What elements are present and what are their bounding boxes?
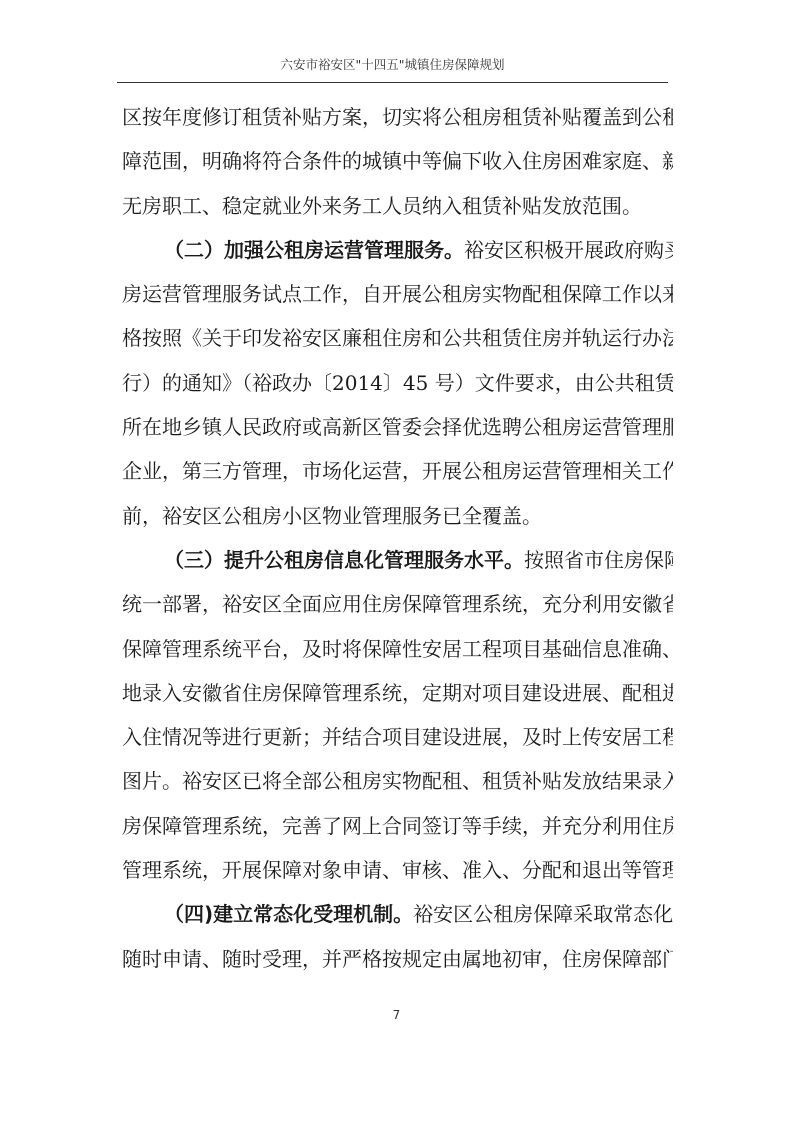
section-heading-2: （二）加强公租房运营管理服务。: [164, 238, 464, 262]
section-heading-4: （四)建立常态化受理机制。: [164, 902, 413, 926]
paragraph-2-line-6: 企业，第三方管理，市场化运营，开展公租房运营管理相关工作。目: [122, 449, 673, 493]
paragraph-3-line-5: 入住情况等进行更新；并结合项目建设进展，及时上传安居工程建设: [122, 715, 673, 759]
paragraph-2-line-5: 所在地乡镇人民政府或高新区管委会择优选聘公租房运营管理服务: [122, 405, 673, 449]
paragraph-4-line-2: 随时申请、随时受理，并严格按规定由属地初审，住房保障部门会同: [122, 937, 673, 981]
paragraph-1-line-1: 区按年度修订租赁补贴方案，切实将公租房租赁补贴覆盖到公租房保: [122, 95, 673, 139]
document-body: 区按年度修订租赁补贴方案，切实将公租房租赁补贴覆盖到公租房保 障范围，明确将符合…: [122, 95, 673, 981]
paragraph-2-line-4: 行）的通知》（裕政办〔2014〕45 号）文件要求，由公共租赁住房: [122, 361, 673, 405]
running-header: 六安市裕安区"十四五"城镇住房保障规划: [117, 56, 668, 74]
paragraph-3-line-8: 管理系统，开展保障对象申请、审核、准入、分配和退出等管理工作。: [122, 848, 673, 892]
paragraph-3-line-1: （三）提升公租房信息化管理服务水平。按照省市住房保障部门: [122, 538, 673, 582]
paragraph-2-line-2: 房运营管理服务试点工作，自开展公租房实物配租保障工作以来，严: [122, 272, 673, 316]
paragraph-2-line-1-text: 裕安区积极开展政府购买公租: [464, 238, 673, 262]
paragraph-2-line-1: （二）加强公租房运营管理服务。裕安区积极开展政府购买公租: [122, 228, 673, 272]
paragraph-2-line-3: 格按照《关于印发裕安区廉租住房和公共租赁住房并轨运行办法（试: [122, 316, 673, 360]
paragraph-1-line-2: 障范围，明确将符合条件的城镇中等偏下收入住房困难家庭、新就业: [122, 139, 673, 183]
paragraph-3-line-7: 房保障管理系统，完善了网上合同签订等手续，并充分利用住房保障: [122, 804, 673, 848]
page-number: 7: [0, 1008, 793, 1022]
paragraph-1-line-3: 无房职工、稳定就业外来务工人员纳入租赁补贴发放范围。: [122, 184, 673, 228]
paragraph-4-line-1-text: 裕安区公租房保障采取常态化受理，: [413, 902, 673, 926]
paragraph-3-line-6: 图片。裕安区已将全部公租房实物配租、租赁补贴发放结果录入了住: [122, 759, 673, 803]
paragraph-2-line-7: 前，裕安区公租房小区物业管理服务已全覆盖。: [122, 494, 673, 538]
header-rule: [117, 82, 668, 83]
section-heading-3: （三）提升公租房信息化管理服务水平。: [164, 548, 524, 572]
paragraph-3-line-3: 保障管理系统平台，及时将保障性安居工程项目基础信息准确、完整: [122, 627, 673, 671]
paragraph-3-line-4: 地录入安徽省住房保障管理系统，定期对项目建设进展、配租进度、: [122, 671, 673, 715]
paragraph-3-line-2: 统一部署，裕安区全面应用住房保障管理系统，充分利用安徽省住房: [122, 582, 673, 626]
paragraph-3-line-1-text: 按照省市住房保障部门: [524, 548, 673, 572]
paragraph-4-line-1: （四)建立常态化受理机制。裕安区公租房保障采取常态化受理，: [122, 892, 673, 936]
